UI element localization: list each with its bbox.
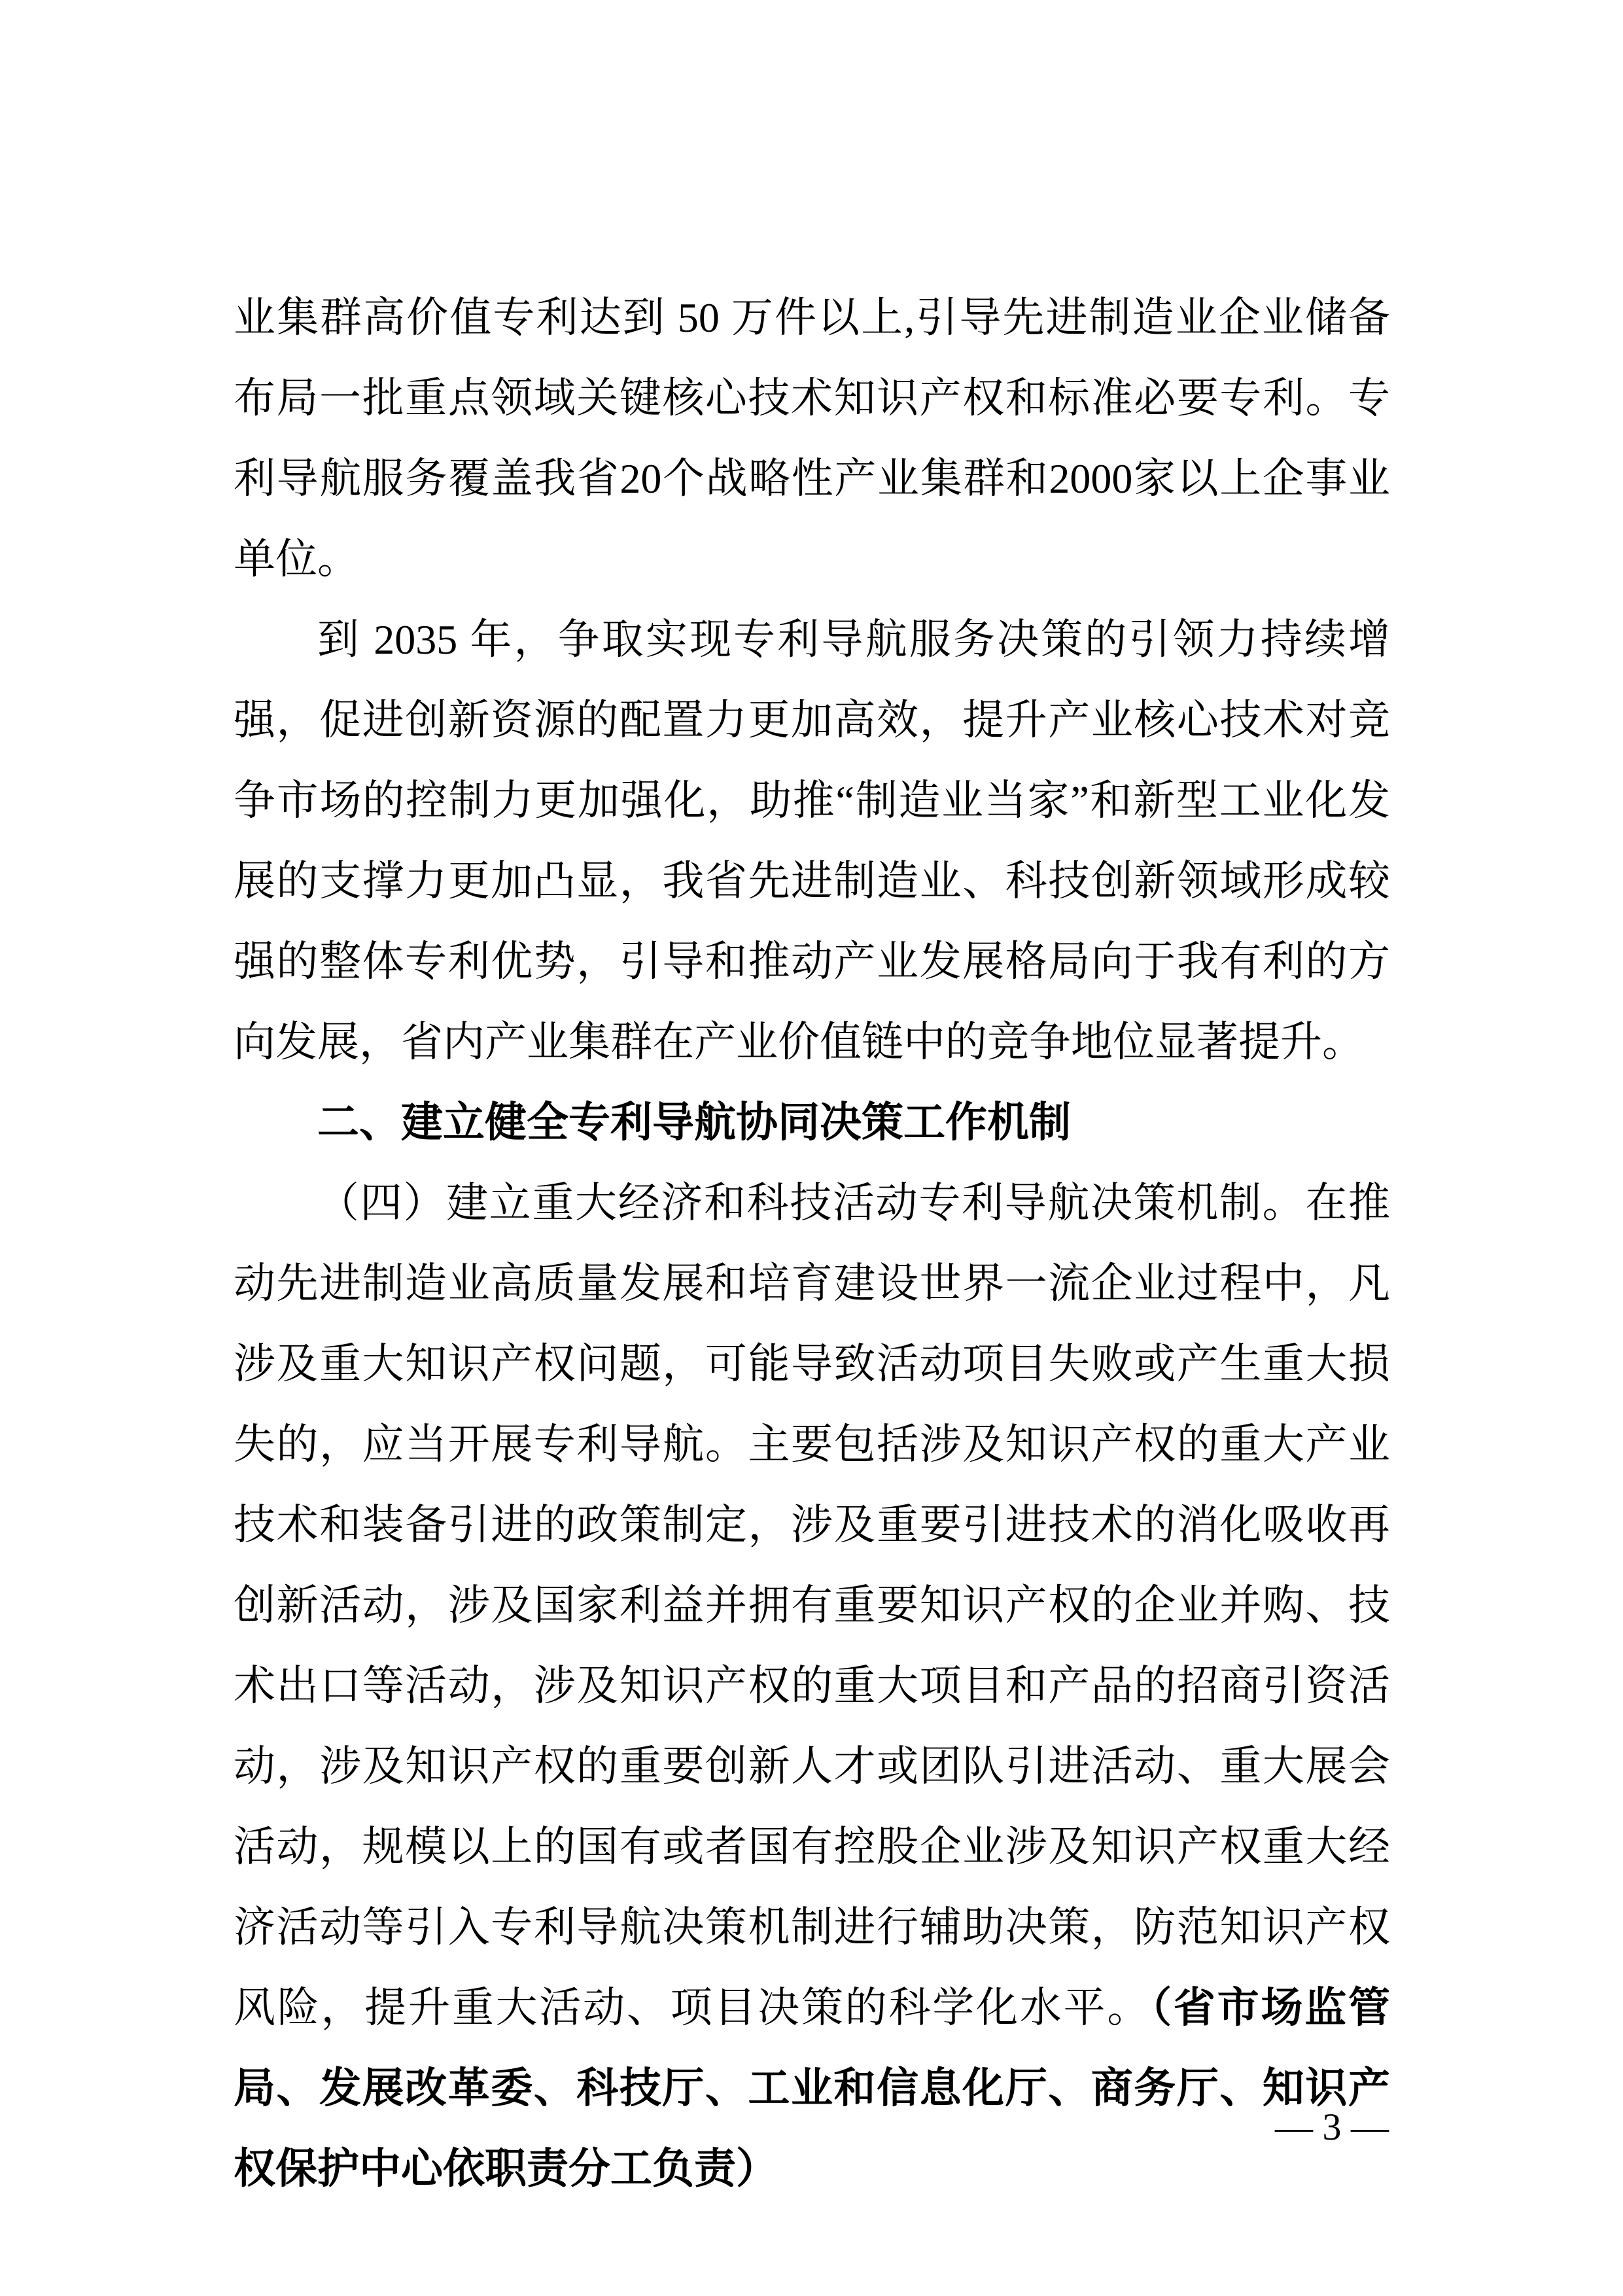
text-run-heiti-bold: 二、建立健全专利导航协同决策工作机制 bbox=[317, 1099, 1071, 1146]
text-run-kaiti: （四）建立重大经济和科技活动专利导航决策机制。 bbox=[317, 1180, 1305, 1226]
text-run-fangsong: 业集群高价值专利达到 50 万件以上,引导先进制造业企业储备布局一批重点领域关键… bbox=[234, 294, 1390, 582]
section-heading: 二、建立健全专利导航协同决策工作机制 bbox=[234, 1082, 1390, 1163]
page-number: — 3 — bbox=[1275, 2108, 1389, 2146]
paragraph: （四）建立重大经济和科技活动专利导航决策机制。在推动先进制造业高质量发展和培育建… bbox=[234, 1163, 1390, 2209]
paragraph: 到 2035 年，争取实现专利导航服务决策的引领力持续增强，促进创新资源的配置力… bbox=[234, 599, 1390, 1082]
text-run-fangsong: 在推动先进制造业高质量发展和培育建设世界一流企业过程中，凡涉及重大知识产权问题，… bbox=[234, 1180, 1390, 2031]
document-body: 业集群高价值专利达到 50 万件以上,引导先进制造业企业储备布局一批重点领域关键… bbox=[234, 277, 1390, 2209]
paragraph: 业集群高价值专利达到 50 万件以上,引导先进制造业企业储备布局一批重点领域关键… bbox=[234, 277, 1390, 599]
document-page: 业集群高价值专利达到 50 万件以上,引导先进制造业企业储备布局一批重点领域关键… bbox=[0, 0, 1623, 2296]
text-run-fangsong: 到 2035 年，争取实现专利导航服务决策的引领力持续增强，促进创新资源的配置力… bbox=[234, 616, 1390, 1065]
